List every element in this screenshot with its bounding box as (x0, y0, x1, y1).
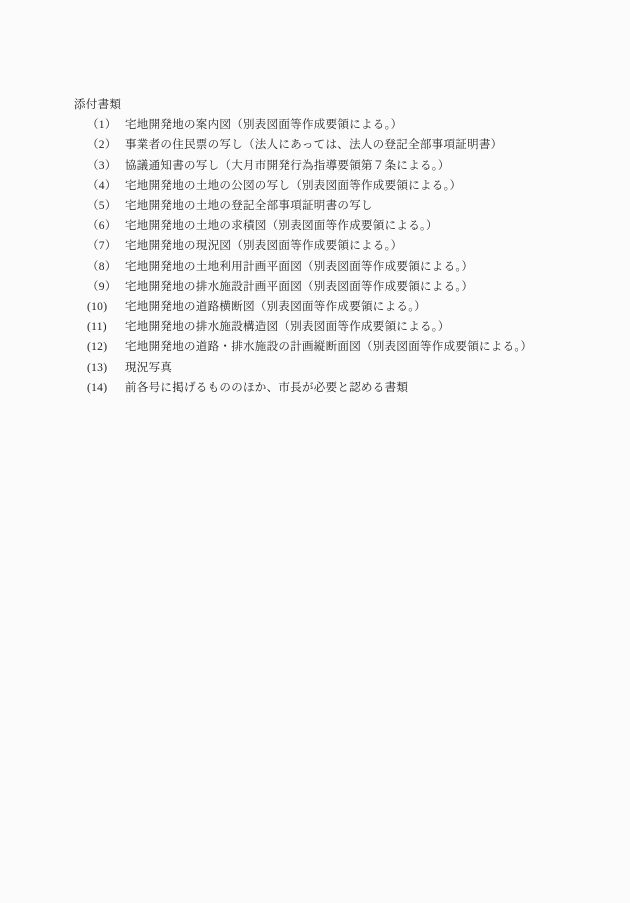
list-item: (12)宅地開発地の道路・排水施設の計画縦断面図（別表図面等作成要領による。） (74, 337, 532, 357)
item-number: （5） (87, 196, 125, 216)
list-item: （6）宅地開発地の土地の求積図（別表図面等作成要領による。） (74, 216, 532, 236)
item-number: （2） (87, 135, 125, 155)
item-text: 宅地開発地の排水施設構造図（別表図面等作成要領による。） (125, 321, 450, 333)
attachment-items-list: （1）宅地開発地の案内図（別表図面等作成要領による。）（2）事業者の住民票の写し… (74, 115, 532, 398)
list-item: （5）宅地開発地の土地の登記全部事項証明書の写し (74, 196, 532, 216)
list-item: (11)宅地開発地の排水施設構造図（別表図面等作成要領による。） (74, 317, 532, 337)
item-text: 事業者の住民票の写し（法人にあっては、法人の登記全部事項証明書） (125, 139, 502, 151)
list-item: (10)宅地開発地の道路横断図（別表図面等作成要領による。） (74, 297, 532, 317)
item-number: (14) (87, 378, 125, 398)
item-text: 前各号に掲げるもののほか、市長が必要と認める書類 (125, 382, 408, 394)
section-heading: 添付書類 (74, 95, 532, 115)
list-item: （9）宅地開発地の排水施設計画平面図（別表図面等作成要領による。） (74, 277, 532, 297)
item-text: 宅地開発地の現況図（別表図面等作成要領による。） (125, 240, 402, 252)
document-page: 添付書類 （1）宅地開発地の案内図（別表図面等作成要領による。）（2）事業者の住… (0, 0, 630, 903)
item-text: 宅地開発地の土地の公図の写し（別表図面等作成要領による。） (125, 180, 461, 192)
item-text: 宅地開発地の土地の登記全部事項証明書の写し (125, 200, 373, 212)
item-number: （3） (87, 156, 125, 176)
list-item: （4）宅地開発地の土地の公図の写し（別表図面等作成要領による。） (74, 176, 532, 196)
list-item: (13)現況写真 (74, 358, 532, 378)
item-number: （8） (87, 257, 125, 277)
item-number: (12) (87, 337, 125, 357)
item-number: （1） (87, 115, 125, 135)
item-text: 宅地開発地の道路・排水施設の計画縦断面図（別表図面等作成要領による。） (125, 341, 532, 353)
item-number: (11) (87, 317, 125, 337)
list-item: (14)前各号に掲げるもののほか、市長が必要と認める書類 (74, 378, 532, 398)
item-text: 宅地開発地の土地利用計画平面図（別表図面等作成要領による。） (125, 261, 473, 273)
item-number: （4） (87, 176, 125, 196)
list-item: （2）事業者の住民票の写し（法人にあっては、法人の登記全部事項証明書） (74, 135, 532, 155)
list-item: （7）宅地開発地の現況図（別表図面等作成要領による。） (74, 236, 532, 256)
item-number: (13) (87, 358, 125, 378)
list-item: （8）宅地開発地の土地利用計画平面図（別表図面等作成要領による。） (74, 257, 532, 277)
item-text: 宅地開発地の案内図（別表図面等作成要領による。） (125, 119, 402, 131)
item-text: 宅地開発地の道路横断図（別表図面等作成要領による。） (125, 301, 426, 313)
attachment-documents-section: 添付書類 （1）宅地開発地の案内図（別表図面等作成要領による。）（2）事業者の住… (74, 95, 532, 398)
list-item: （1）宅地開発地の案内図（別表図面等作成要領による。） (74, 115, 532, 135)
item-text: 宅地開発地の土地の求積図（別表図面等作成要領による。） (125, 220, 438, 232)
item-number: （9） (87, 277, 125, 297)
item-number: (10) (87, 297, 125, 317)
item-text: 宅地開発地の排水施設計画平面図（別表図面等作成要領による。） (125, 281, 473, 293)
list-item: （3）協議通知書の写し（大月市開発行為指導要領第７条による。） (74, 156, 532, 176)
item-text: 現況写真 (125, 362, 172, 374)
item-number: （6） (87, 216, 125, 236)
item-text: 協議通知書の写し（大月市開発行為指導要領第７条による。） (125, 160, 450, 172)
item-number: （7） (87, 236, 125, 256)
